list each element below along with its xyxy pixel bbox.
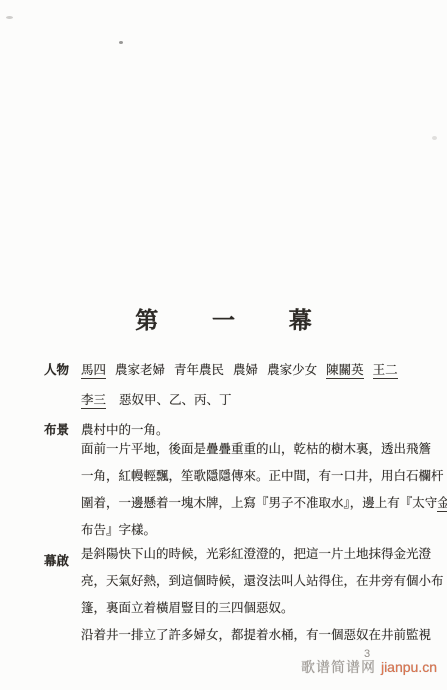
setting-line: 圍着，一邊懸着一塊木牌，上寫『男子不准取水』，邊上有『太守金 (81, 490, 441, 517)
setting-label: 布景 (44, 420, 81, 438)
cast-name: 李三 (81, 393, 106, 409)
setting-line: 面前一片平地，後面是疊疊重重的山，乾枯的樹木裏，透出飛簷 (81, 436, 441, 463)
setting-line-text: 圍着，一邊懸着一塊木牌，上寫『男子不准取水』，邊上有『太守 (81, 496, 437, 510)
watermark-site-url: jianpu.cn (381, 659, 437, 675)
setting-intro: 農村中的一角。 (81, 423, 169, 437)
cast-name: 惡奴甲、乙、丙、丁 (119, 393, 232, 407)
watermark-site-name: 歌谱简谱网 (301, 659, 376, 675)
site-watermark: 歌谱简谱网jianpu.cn (301, 657, 437, 677)
cast-list-row-1: 人物馬四農家老婦青年農民農婦農家少女陳關英王二 (44, 360, 439, 378)
curtain-paragraph: 是斜陽快下山的時候，光彩紅澄澄的，把這一片土地抹得金光澄 亮，天氣好熱，到這個時… (81, 541, 441, 649)
cast-name: 王二 (373, 363, 398, 379)
cast-name: 農家老婦 (115, 363, 165, 377)
curtain-line: 是斜陽快下山的時候，光彩紅澄澄的，把這一片土地抹得金光澄 (81, 541, 441, 568)
scan-speck (432, 136, 437, 140)
proper-name-mark: 金 (437, 496, 447, 512)
scan-speck (119, 41, 123, 44)
curtain-label: 幕啟 (44, 551, 81, 569)
curtain-line: 亮，天氣好熱，到這個時候，還沒法叫人站得住，在井旁有個小布 (81, 568, 441, 595)
cast-name: 農婦 (233, 363, 258, 377)
cast-label: 人物 (44, 360, 81, 378)
cast-name: 青年農民 (174, 363, 224, 377)
setting-paragraph: 面前一片平地，後面是疊疊重重的山，乾枯的樹木裏，透出飛簷 一角，紅幔輕飄，笙歌隱… (81, 436, 441, 544)
cast-name: 農家少女 (267, 363, 317, 377)
setting-line: 一角，紅幔輕飄，笙歌隱隱傳來。正中間，有一口井，用白石欄杆 (81, 463, 441, 490)
curtain-line: 沿着井一排立了許多婦女，都提着水桶，有一個惡奴在井前監視 (81, 622, 441, 649)
setting-line: 布告』字樣。 (81, 517, 441, 544)
scan-speck (6, 16, 13, 19)
scanned-script-page: 第 一 幕 人物馬四農家老婦青年農民農婦農家少女陳關英王二 李三惡奴甲、乙、丙、… (0, 0, 447, 690)
page-title: 第 一 幕 (0, 302, 447, 335)
cast-name: 陳關英 (326, 363, 364, 379)
curtain-line: 篷，裏面立着橫眉豎目的三四個惡奴。 (81, 595, 441, 622)
cast-list-row-2: 李三惡奴甲、乙、丙、丁 (81, 390, 439, 408)
cast-name: 馬四 (81, 363, 106, 379)
